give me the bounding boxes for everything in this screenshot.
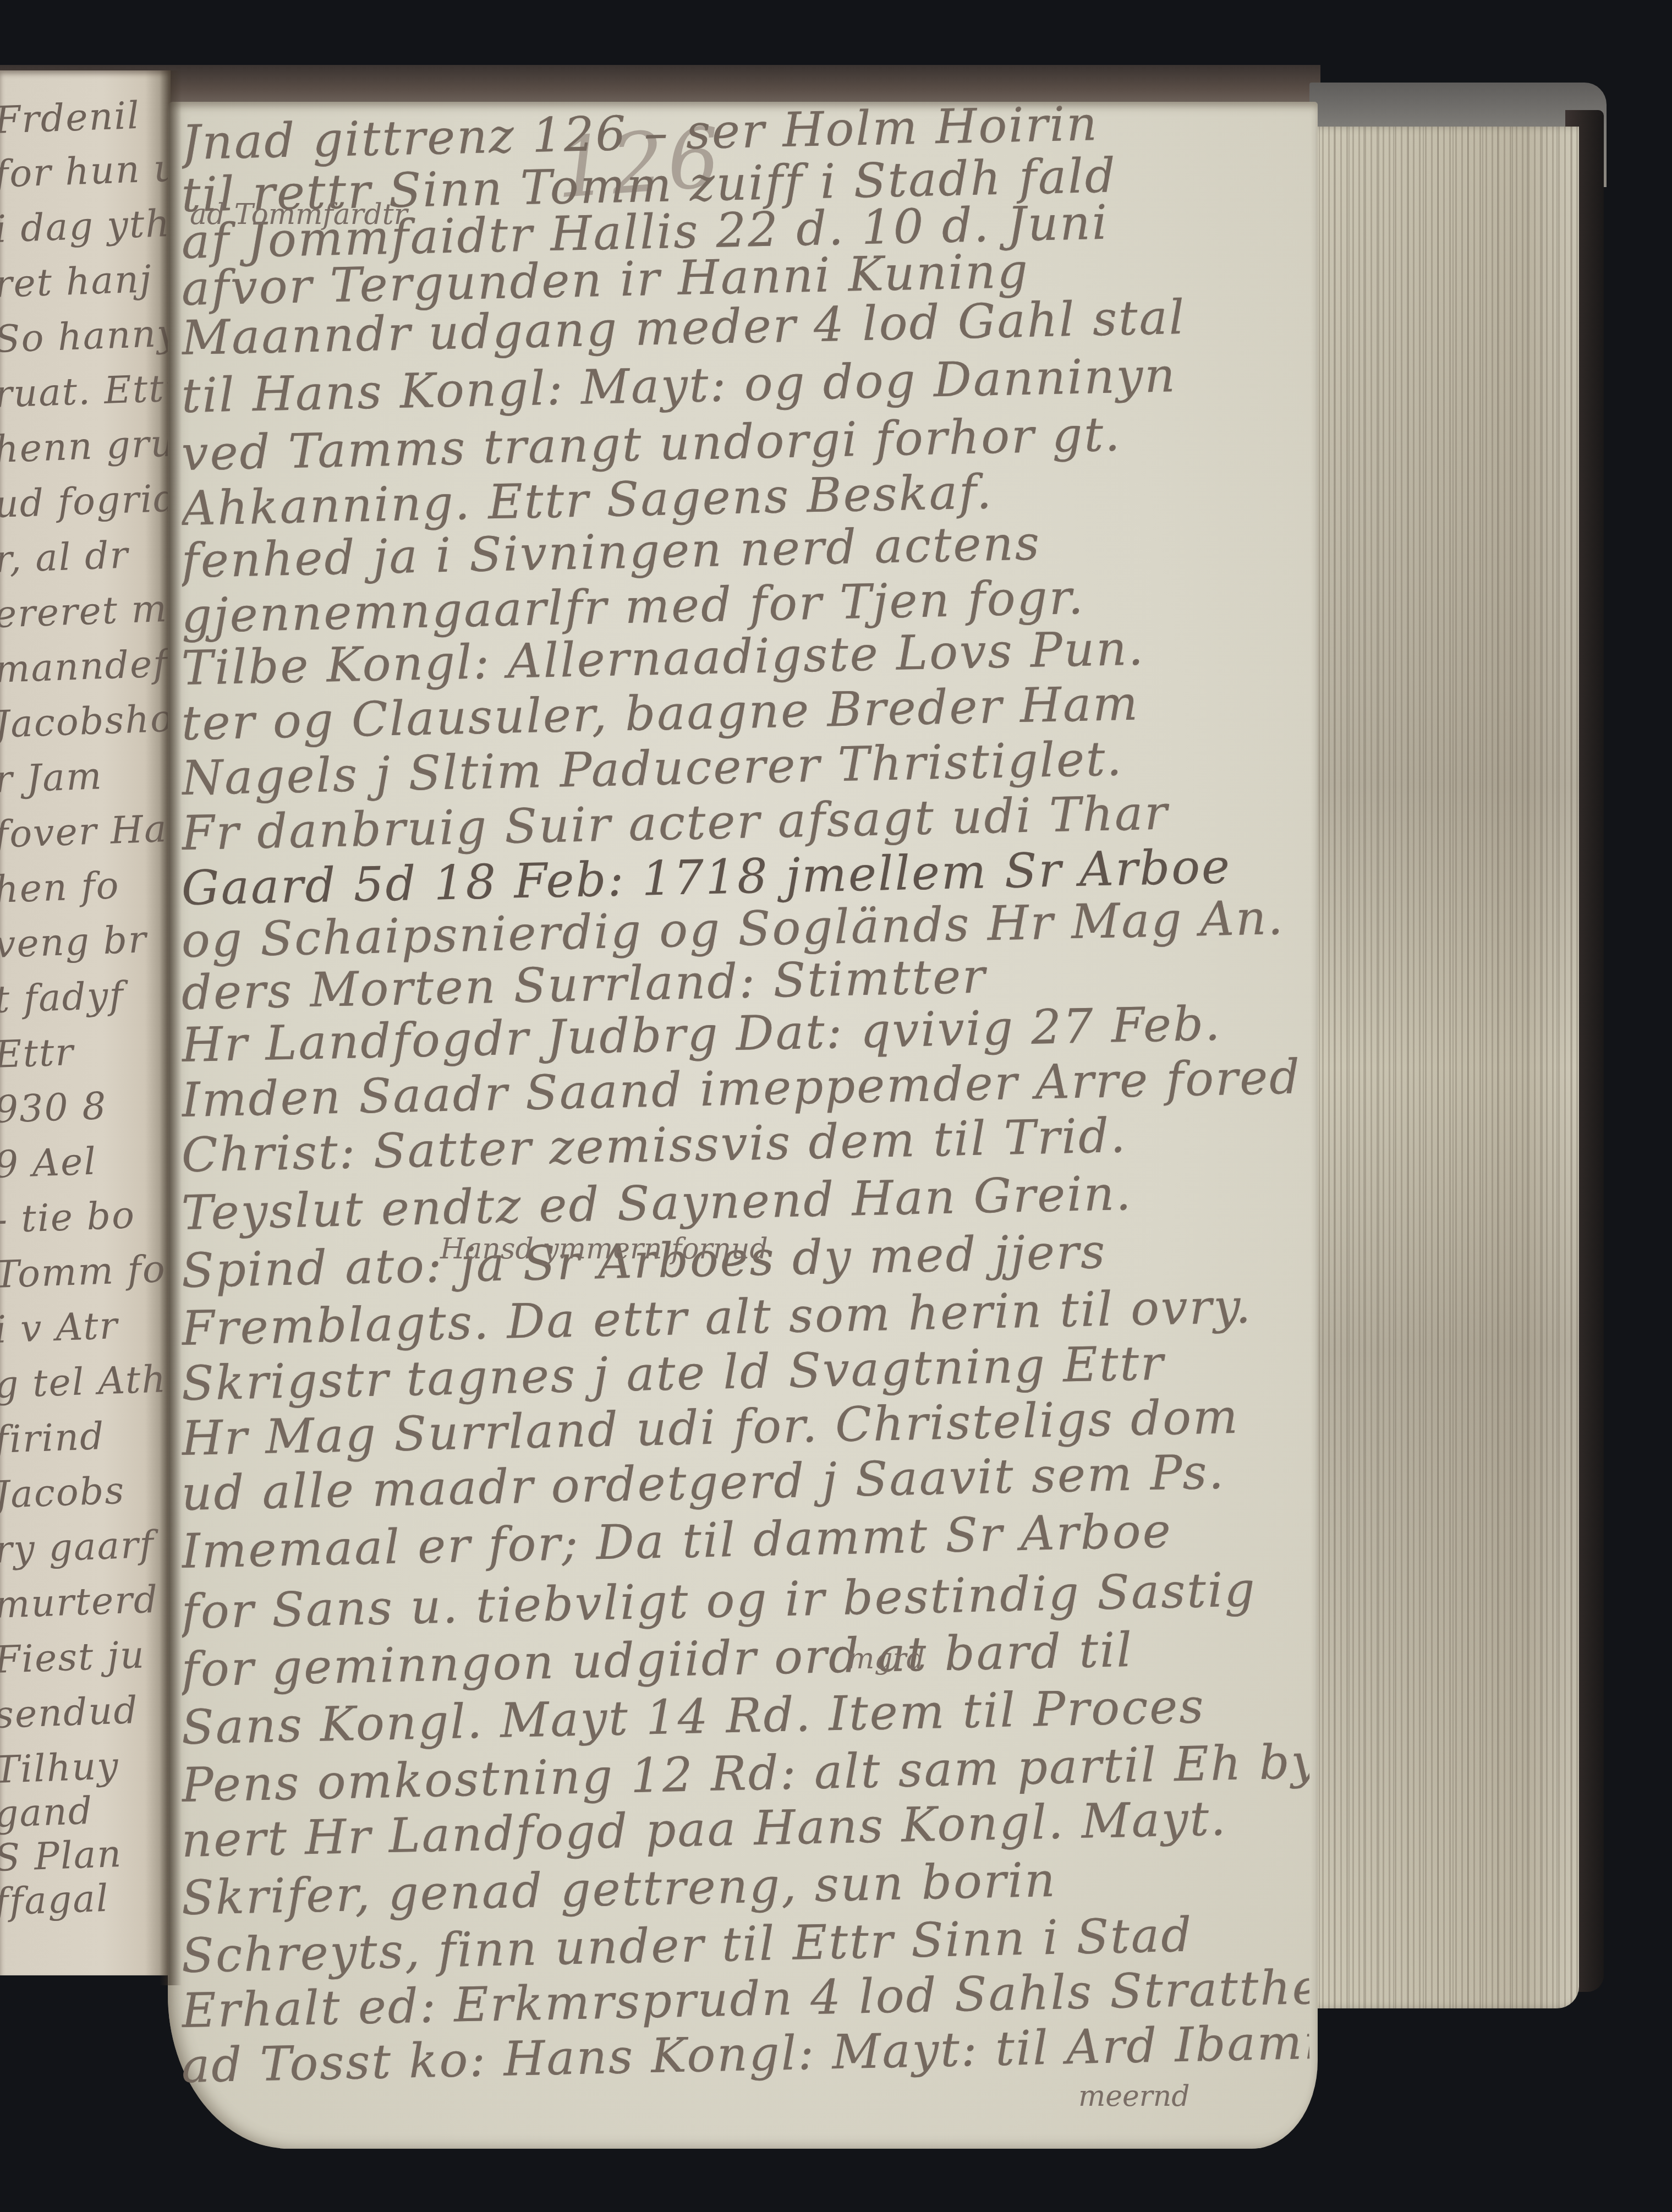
interlinear-note: Hansd ymmern fornud [440, 1233, 768, 1266]
left-line: i dag ythu [0, 202, 171, 251]
left-line: ry gaarf [0, 1523, 171, 1572]
left-line: S Plan [0, 1831, 171, 1880]
left-line: henn gru [0, 422, 171, 472]
left-line: Ettr [0, 1027, 171, 1077]
left-line: 930 8 [0, 1082, 171, 1132]
left-line: r, al dr [0, 532, 171, 582]
left-line: gand [0, 1787, 171, 1836]
left-line: firind [0, 1412, 171, 1462]
interlinear-note: ad Tommfardtr [190, 198, 408, 231]
left-line: i v Atr [0, 1302, 171, 1352]
left-line: ereret m [0, 587, 171, 637]
left-line: ffagal [0, 1875, 171, 1924]
left-line: Frdenil [0, 93, 171, 143]
left-line: veng br [0, 917, 171, 967]
left-line: - tie bo [0, 1192, 171, 1242]
interlinear-note: meernd [1078, 2080, 1190, 2113]
left-line: Tilhuy [0, 1743, 171, 1792]
left-line: fover Ha [0, 807, 171, 857]
interlinear-note: mgrd [847, 1642, 925, 1676]
left-line: r Jam [0, 752, 171, 802]
left-line: murterd [0, 1578, 171, 1627]
left-line: for hun u [0, 147, 171, 196]
left-line: ret hanj [0, 257, 171, 306]
book-gutter [160, 70, 182, 1985]
left-line: g tel Ath [0, 1357, 171, 1407]
left-line: Jacobs [0, 1468, 171, 1517]
left-line: Tomm fon [0, 1247, 171, 1297]
left-line: t fadyf [0, 972, 171, 1022]
left-line: 9 Ael [0, 1137, 171, 1187]
left-line: So hanny [0, 312, 171, 362]
left-page-fragment: Frdenil for hun u i dag ythu ret hanj So… [0, 70, 171, 1975]
left-line: Jacobsho [0, 697, 171, 747]
left-line: ud fogrid [0, 477, 171, 527]
left-line: ruat. Ettr [0, 367, 171, 417]
left-line: Fiest ju [0, 1633, 171, 1682]
left-line: hen fo [0, 862, 171, 912]
left-line: manndeft [0, 642, 171, 692]
page-edge-stack [1304, 127, 1579, 2008]
left-line: sendud [0, 1688, 171, 1737]
